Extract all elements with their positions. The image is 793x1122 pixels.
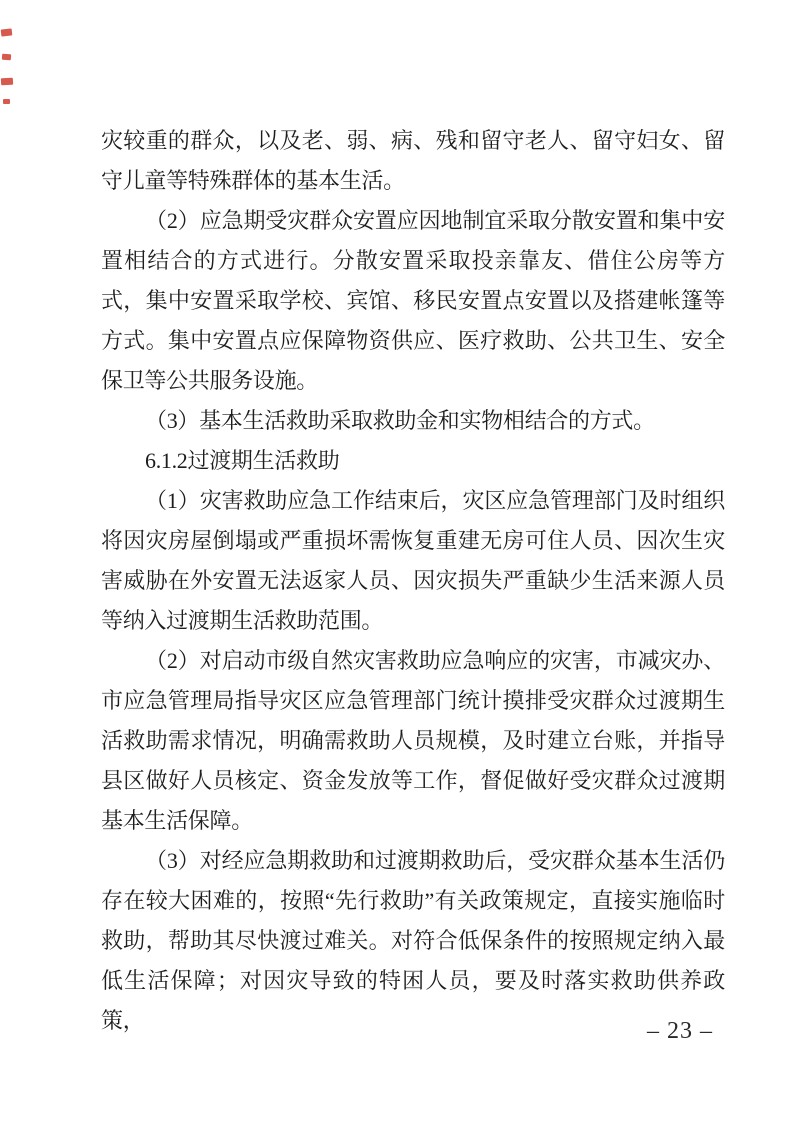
- document-page: 灾较重的群众，以及老、弱、病、残和留守老人、留守妇女、留守儿童等特殊群体的基本生…: [0, 0, 793, 1122]
- paragraph: （3）对经应急期救助和过渡期救助后，受灾群众基本生活仍存在较大困难的，按照“先行…: [101, 841, 725, 1041]
- paragraph: （2）对启动市级自然灾害救助应急响应的灾害，市减灾办、市应急管理局指导灾区应急管…: [101, 641, 725, 841]
- paragraph: 6.1.2过渡期生活救助: [101, 441, 725, 481]
- page-number: – 23 –: [647, 1017, 713, 1045]
- paragraph: 灾较重的群众，以及老、弱、病、残和留守老人、留守妇女、留守儿童等特殊群体的基本生…: [101, 121, 725, 201]
- red-edge-artifact: [1, 78, 13, 86]
- paragraph: （1）灾害救助应急工作结束后，灾区应急管理部门及时组织将因灾房屋倒塌或严重损坏需…: [101, 481, 725, 641]
- paragraph: （3）基本生活救助采取救助金和实物相结合的方式。: [101, 401, 725, 441]
- paragraph: （2）应急期受灾群众安置应因地制宜采取分散安置和集中安置相结合的方式进行。分散安…: [101, 201, 725, 401]
- red-edge-artifact: [3, 99, 10, 104]
- red-edge-artifact: [1, 28, 13, 36]
- document-body: 灾较重的群众，以及老、弱、病、残和留守老人、留守妇女、留守儿童等特殊群体的基本生…: [101, 121, 725, 1041]
- red-edge-artifact: [2, 54, 11, 61]
